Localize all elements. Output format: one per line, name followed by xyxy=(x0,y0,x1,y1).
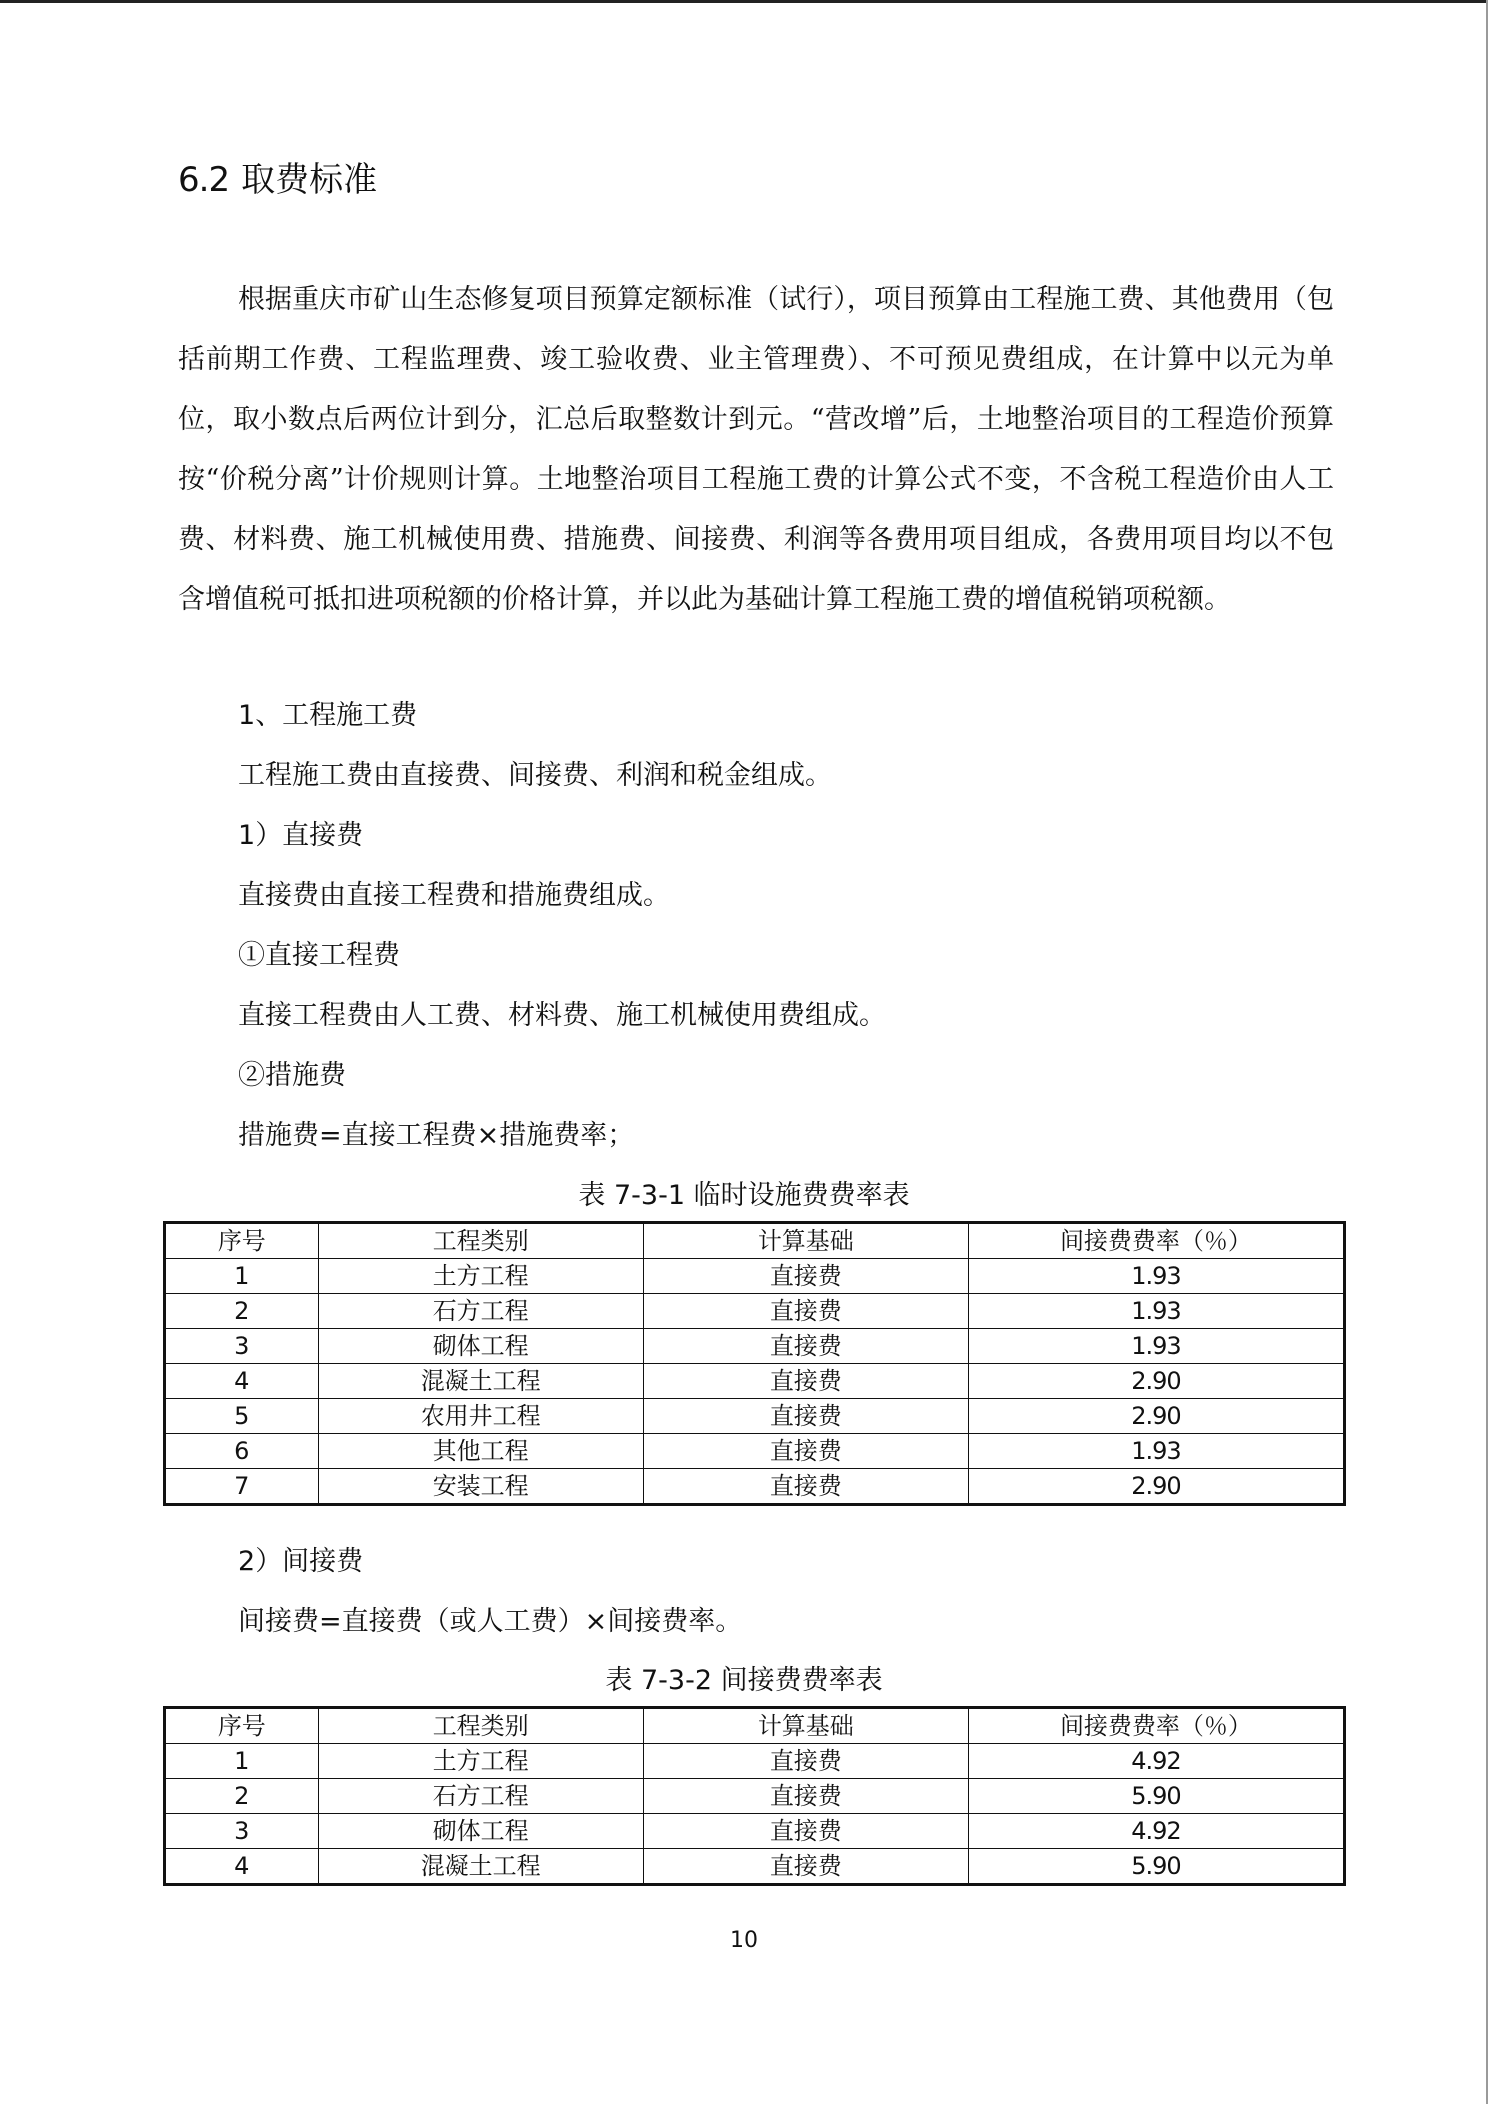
circled-item-1-description: 直接工程费由人工费、材料费、施工机械使用费组成。 xyxy=(238,996,886,1036)
cell-category: 石方工程 xyxy=(318,1779,643,1814)
cell-rate: 4.92 xyxy=(968,1744,1344,1779)
table-row: 2 石方工程 直接费 1.93 xyxy=(165,1294,1345,1329)
indirect-fee-formula: 间接费=直接费（或人工费）×间接费率。 xyxy=(238,1602,742,1642)
cell-category: 农用井工程 xyxy=(318,1399,643,1434)
table-row: 6 其他工程 直接费 1.93 xyxy=(165,1434,1345,1469)
cell-index: 1 xyxy=(165,1259,319,1294)
circled-item-1-heading: ①直接工程费 xyxy=(238,936,400,976)
cell-category: 石方工程 xyxy=(318,1294,643,1329)
formula-term: 直接工程费 xyxy=(342,1120,477,1151)
column-header-index: 序号 xyxy=(165,1708,319,1744)
cell-basis: 直接费 xyxy=(643,1814,968,1849)
cell-index: 1 xyxy=(165,1744,319,1779)
column-header-basis: 计算基础 xyxy=(643,1708,968,1744)
section-heading: 6.2取费标准 xyxy=(178,155,377,205)
sub-item-1-number: 1 xyxy=(238,820,255,851)
column-header-index: 序号 xyxy=(165,1223,319,1259)
cell-rate: 4.92 xyxy=(968,1814,1344,1849)
cell-category: 安装工程 xyxy=(318,1469,643,1505)
cell-category: 其他工程 xyxy=(318,1434,643,1469)
cell-index: 7 xyxy=(165,1469,319,1505)
item-1-heading: 1、工程施工费 xyxy=(238,696,417,736)
cell-category: 混凝土工程 xyxy=(318,1364,643,1399)
cell-basis: 直接费 xyxy=(643,1399,968,1434)
multiply-sign: × xyxy=(477,1120,500,1151)
equals-sign: = xyxy=(319,1606,342,1637)
cell-rate: 5.90 xyxy=(968,1779,1344,1814)
column-header-rate: 间接费费率（％） xyxy=(968,1708,1344,1744)
item-1-number: 1 xyxy=(238,700,255,731)
column-header-basis: 计算基础 xyxy=(643,1223,968,1259)
cell-basis: 直接费 xyxy=(643,1294,968,1329)
formula-term: 措施费 xyxy=(238,1120,319,1151)
table-row: 1 土方工程 直接费 4.92 xyxy=(165,1744,1345,1779)
sub-item-2-number: 2 xyxy=(238,1546,255,1577)
section-number: 6.2 xyxy=(178,160,229,200)
cell-category: 砌体工程 xyxy=(318,1329,643,1364)
indirect-fee-rate-table: 序号 工程类别 计算基础 间接费费率（％） 1 土方工程 直接费 4.92 2 … xyxy=(163,1706,1346,1886)
sub-item-1-heading: 1）直接费 xyxy=(238,816,363,856)
cell-rate: 2.90 xyxy=(968,1399,1344,1434)
equals-sign: = xyxy=(319,1120,342,1151)
column-header-category: 工程类别 xyxy=(318,1223,643,1259)
column-header-rate: 间接费费率（％） xyxy=(968,1223,1344,1259)
temporary-facilities-rate-table: 序号 工程类别 计算基础 间接费费率（％） 1 土方工程 直接费 1.93 2 … xyxy=(163,1221,1346,1506)
cell-rate: 1.93 xyxy=(968,1434,1344,1469)
cell-rate: 1.93 xyxy=(968,1294,1344,1329)
table-row: 5 农用井工程 直接费 2.90 xyxy=(165,1399,1345,1434)
cell-index: 2 xyxy=(165,1779,319,1814)
table-2-caption: 表 7-3-2 间接费费率表 xyxy=(0,1663,1488,1699)
cell-index: 4 xyxy=(165,1364,319,1399)
cell-rate: 2.90 xyxy=(968,1364,1344,1399)
cell-category: 土方工程 xyxy=(318,1259,643,1294)
page-top-border xyxy=(0,0,1488,3)
cell-basis: 直接费 xyxy=(643,1364,968,1399)
cell-index: 5 xyxy=(165,1399,319,1434)
cell-basis: 直接费 xyxy=(643,1849,968,1885)
cell-basis: 直接费 xyxy=(643,1469,968,1505)
cell-basis: 直接费 xyxy=(643,1259,968,1294)
table-header-row: 序号 工程类别 计算基础 间接费费率（％） xyxy=(165,1708,1345,1744)
cell-rate: 1.93 xyxy=(968,1329,1344,1364)
cell-category: 混凝土工程 xyxy=(318,1849,643,1885)
cell-category: 土方工程 xyxy=(318,1744,643,1779)
table-row: 2 石方工程 直接费 5.90 xyxy=(165,1779,1345,1814)
cell-category: 砌体工程 xyxy=(318,1814,643,1849)
circled-item-2-heading: ②措施费 xyxy=(238,1056,346,1096)
table-header-row: 序号 工程类别 计算基础 间接费费率（％） xyxy=(165,1223,1345,1259)
sub-item-2-label: ）间接费 xyxy=(255,1546,363,1577)
cell-index: 3 xyxy=(165,1814,319,1849)
cell-basis: 直接费 xyxy=(643,1779,968,1814)
formula-term: 措施费率； xyxy=(499,1120,634,1151)
sub-item-2-heading: 2）间接费 xyxy=(238,1542,363,1582)
sub-item-1-description: 直接费由直接工程费和措施费组成。 xyxy=(238,876,670,916)
cell-rate: 1.93 xyxy=(968,1259,1344,1294)
multiply-sign: × xyxy=(585,1606,608,1637)
column-header-category: 工程类别 xyxy=(318,1708,643,1744)
section-title: 取费标准 xyxy=(241,160,377,200)
table-row: 7 安装工程 直接费 2.90 xyxy=(165,1469,1345,1505)
measure-fee-formula: 措施费=直接工程费×措施费率； xyxy=(238,1116,634,1156)
cell-basis: 直接费 xyxy=(643,1744,968,1779)
sub-item-1-label: ）直接费 xyxy=(255,820,363,851)
cell-basis: 直接费 xyxy=(643,1434,968,1469)
formula-term: 间接费率。 xyxy=(607,1606,742,1637)
intro-paragraph: 根据重庆市矿山生态修复项目预算定额标准（试行），项目预算由工程施工费、其他费用（… xyxy=(178,270,1334,630)
formula-term: 直接费（或人工费） xyxy=(342,1606,585,1637)
cell-index: 6 xyxy=(165,1434,319,1469)
table-1-caption: 表 7-3-1 临时设施费费率表 xyxy=(0,1178,1488,1214)
cell-basis: 直接费 xyxy=(643,1329,968,1364)
table-row: 4 混凝土工程 直接费 2.90 xyxy=(165,1364,1345,1399)
table-row: 3 砌体工程 直接费 1.93 xyxy=(165,1329,1345,1364)
cell-index: 3 xyxy=(165,1329,319,1364)
item-1-label: 、工程施工费 xyxy=(255,700,417,731)
table-row: 4 混凝土工程 直接费 5.90 xyxy=(165,1849,1345,1885)
cell-rate: 5.90 xyxy=(968,1849,1344,1885)
page-number: 10 xyxy=(0,1926,1488,1956)
table-row: 1 土方工程 直接费 1.93 xyxy=(165,1259,1345,1294)
table-row: 3 砌体工程 直接费 4.92 xyxy=(165,1814,1345,1849)
formula-term: 间接费 xyxy=(238,1606,319,1637)
item-1-description: 工程施工费由直接费、间接费、利润和税金组成。 xyxy=(238,756,832,796)
cell-index: 2 xyxy=(165,1294,319,1329)
cell-index: 4 xyxy=(165,1849,319,1885)
cell-rate: 2.90 xyxy=(968,1469,1344,1505)
